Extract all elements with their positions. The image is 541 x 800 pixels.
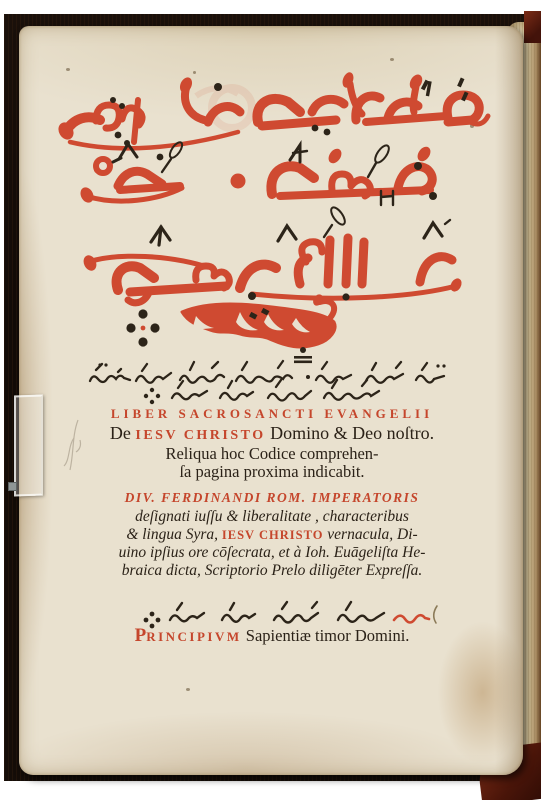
reliqua-line-1: Reliqua hoc Codice comprehen- [24, 446, 520, 463]
motto-black: Sapientiæ timor Domini. [246, 626, 410, 645]
iesu-christo-red-2: IESV CHRISTO [222, 528, 324, 542]
reliqua-line-2: ſa pagina proxima indicabit. [24, 464, 520, 481]
motto-red-caps: RINCIPIVM [146, 629, 241, 644]
iesu-christo-red: IESV CHRISTO [135, 428, 265, 443]
imperial-line-3: uino ipſius ore cōſecrata, et à Ioh. Euā… [24, 545, 520, 561]
de-iesu-christo-line: De IESV CHRISTO Domino & Deo noſtro. [24, 424, 520, 443]
imperial-line-1: deſignati iuſſu & liberalitate , charact… [24, 509, 520, 525]
line2-lead: & lingua Syra, [126, 526, 218, 543]
book-photograph: LIBER SACROSANCTI EVANGELII De IESV CHRI… [0, 0, 541, 800]
imperial-line-4: braica dicta, Scriptorio Prelo diligēter… [24, 563, 520, 579]
latin-text-block: LIBER SACROSANCTI EVANGELII De IESV CHRI… [0, 0, 541, 800]
motto-line: PRINCIPIVM Sapientiæ timor Domini. [24, 626, 520, 645]
line2-rest: vernacula, Di- [327, 526, 417, 543]
imperial-line-2: & lingua Syra, IESV CHRISTO vernacula, D… [24, 527, 520, 543]
de-lead: De [110, 423, 131, 443]
motto-initial: P [135, 625, 147, 646]
liber-title-line: LIBER SACROSANCTI EVANGELII [24, 407, 520, 420]
imperial-heading: DIV. FERDINANDI ROM. IMPERATORIS [24, 491, 520, 505]
de-rest: Domino & Deo noſtro. [270, 423, 434, 443]
